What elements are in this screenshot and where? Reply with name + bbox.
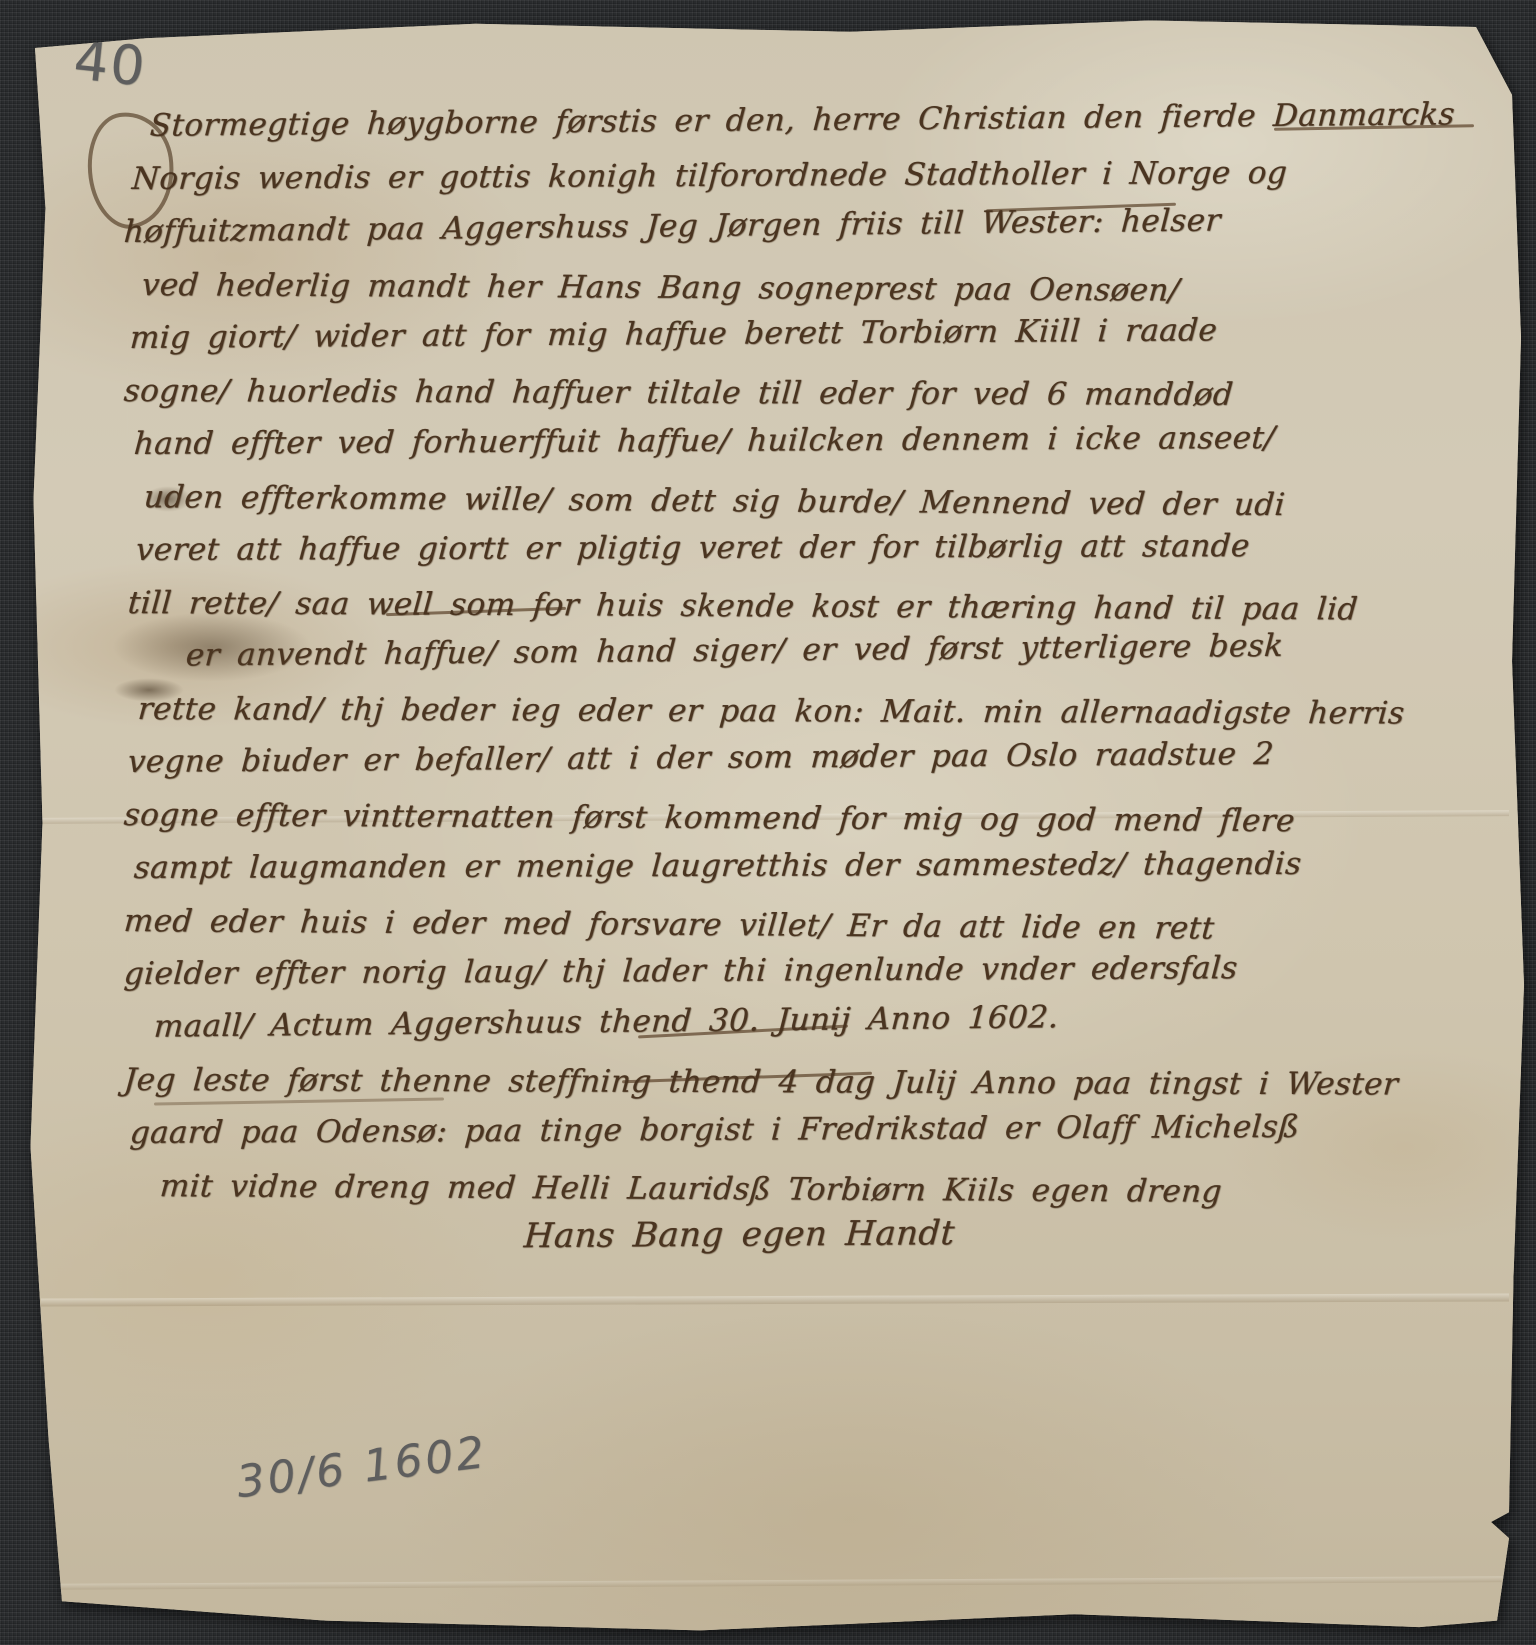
fold-crease bbox=[41, 1293, 1509, 1306]
page-number-pencil: 40 bbox=[71, 28, 150, 98]
signature-line: Hans Bang egen Handt bbox=[122, 1204, 1475, 1266]
manuscript-line: sampt laugmanden er menige laugretthis d… bbox=[122, 837, 1476, 895]
manuscript-line: gaard paa Odensø: paa tinge borgist i Fr… bbox=[122, 1100, 1475, 1160]
manuscript-line: er anvendt haffue/ som hand siger/ er ve… bbox=[122, 618, 1475, 683]
manuscript-line: veret att haffue giortt er pligtig veret… bbox=[122, 519, 1476, 577]
manuscript-line: vegne biuder er befaller/ att i der som … bbox=[122, 727, 1475, 789]
fold-crease bbox=[41, 1576, 1509, 1590]
paper-wrapper: 40 30/6 1602 Stormegtige høygborne først… bbox=[26, 14, 1524, 1632]
paper: 40 30/6 1602 Stormegtige høygborne først… bbox=[26, 14, 1524, 1632]
fabric-background: 40 30/6 1602 Stormegtige høygborne først… bbox=[0, 0, 1536, 1645]
pencil-date-note: 30/6 1602 bbox=[234, 1427, 490, 1508]
manuscript-line: Stormegtige høygborne førstis er den, he… bbox=[122, 88, 1475, 153]
manuscript-line: mig giort/ wider att for mig haffue bere… bbox=[122, 303, 1475, 365]
manuscript-line: hand effter ved forhuerffuit haffue/ hui… bbox=[122, 411, 1475, 471]
manuscript-text: Stormegtige høygborne førstis er den, he… bbox=[124, 100, 1474, 1266]
